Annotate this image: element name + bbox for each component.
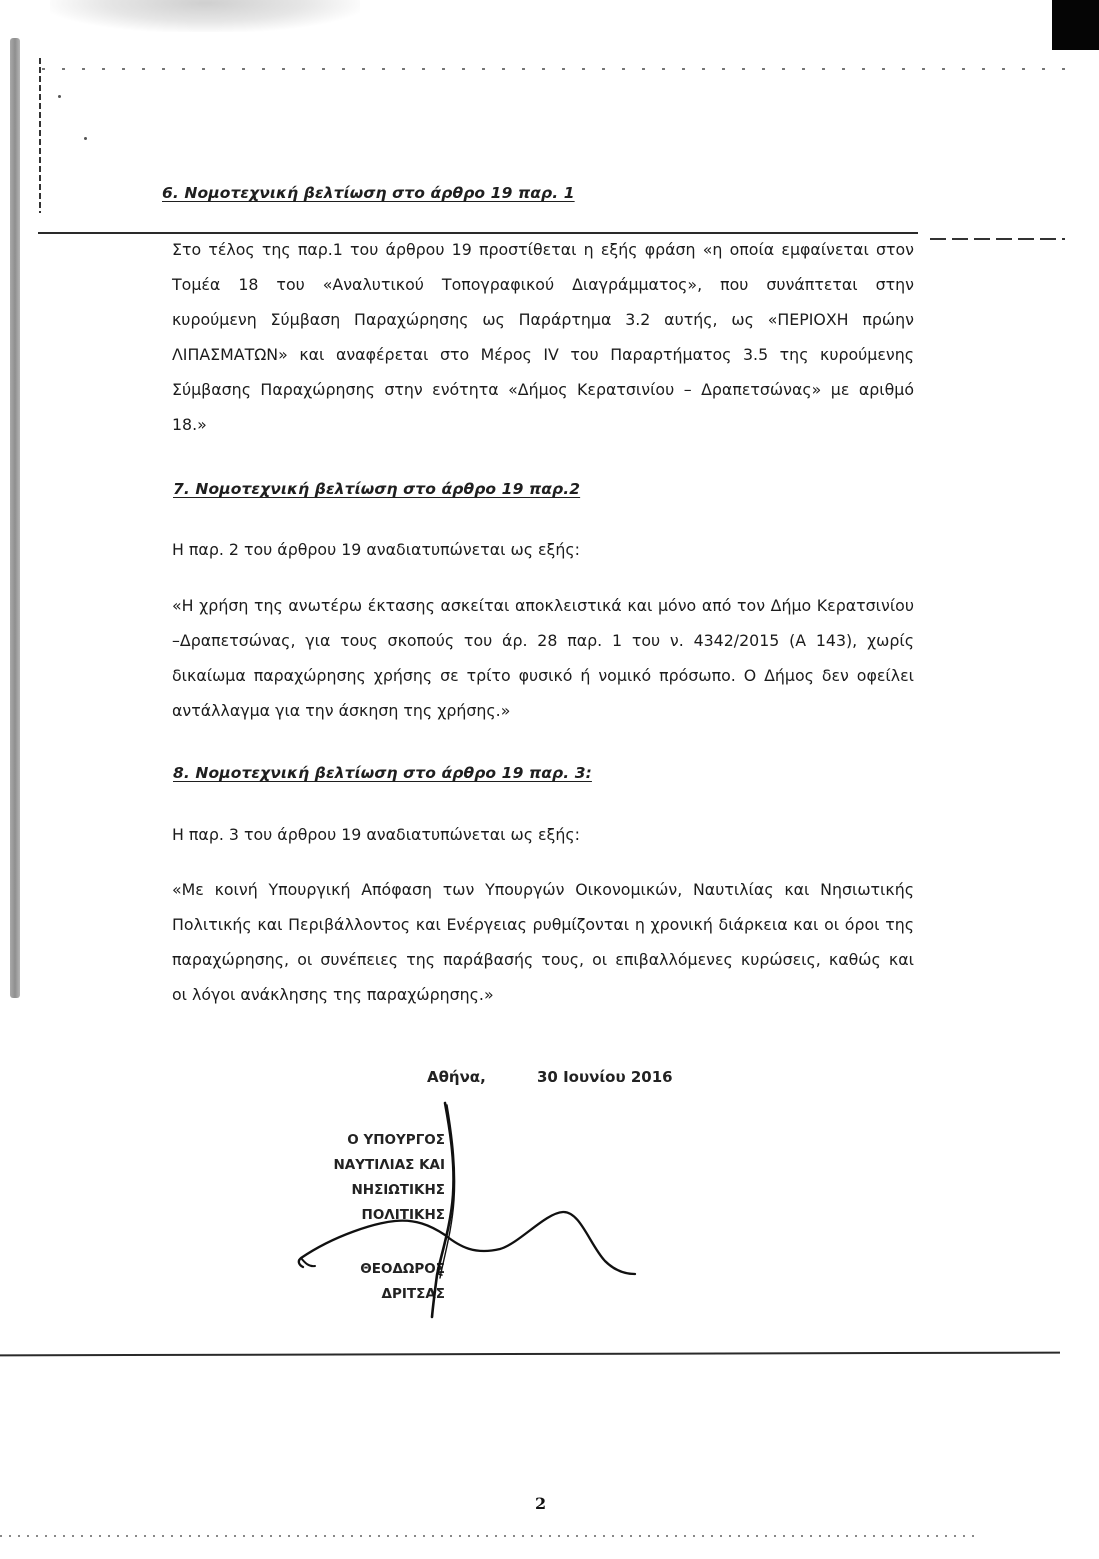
text-line: παραχώρησης, οι συνέπειες της παράβασής …: [172, 942, 914, 977]
text-line: Πολιτικής και Περιβάλλοντος και Ενέργεια…: [172, 907, 914, 942]
text-line: –Δραπετσώνας, για τους σκοπούς του άρ. 2…: [172, 623, 914, 658]
text-line: Στο τέλος της παρ.1 του άρθρου 19 προστί…: [172, 232, 914, 267]
page-number: 2: [535, 1494, 546, 1513]
scan-corner-artifact: [1052, 0, 1099, 50]
handwritten-signature: [295, 1095, 640, 1320]
scan-top-dotted-line: [42, 68, 1067, 70]
text-line: κυρούμενη Σύμβαση Παραχώρησης ως Παράρτη…: [172, 302, 914, 337]
section-7-quote: «Η χρήση της ανωτέρω έκτασης ασκείται απ…: [172, 588, 914, 728]
signature-date: 30 Ιουνίου 2016: [537, 1068, 673, 1086]
text-line: Τομέα 18 του «Αναλυτικού Τοπογραφικού Δι…: [172, 267, 914, 302]
scan-smudge: [50, 0, 360, 32]
scan-top-rule-dashed: [930, 238, 1065, 240]
text-line: «Με κοινή Υπουργική Απόφαση των Υπουργών…: [172, 872, 914, 907]
scan-dot: [84, 137, 87, 140]
text-line: Σύμβασης Παραχώρησης στην ενότητα «Δήμος…: [172, 372, 914, 407]
text-line: 18.»: [172, 407, 914, 442]
section-6-paragraph: Στο τέλος της παρ.1 του άρθρου 19 προστί…: [172, 232, 914, 442]
section-8-quote: «Με κοινή Υπουργική Απόφαση των Υπουργών…: [172, 872, 914, 1012]
scan-bottom-rule: [0, 1352, 1060, 1357]
section-7-intro: Η παρ. 2 του άρθρου 19 αναδιατυπώνεται ω…: [172, 540, 580, 559]
scan-bottom-dotted-line: [0, 1535, 975, 1537]
text-line: αντάλλαγμα για την άσκηση της χρήσης.»: [172, 693, 914, 728]
scan-left-margin-line: [39, 58, 41, 213]
text-line: «Η χρήση της ανωτέρω έκτασης ασκείται απ…: [172, 588, 914, 623]
section-8-heading: 8. Νομοτεχνική βελτίωση στο άρθρο 19 παρ…: [173, 764, 592, 782]
signature-place: Αθήνα,: [427, 1068, 486, 1086]
scan-left-edge-shadow: [10, 38, 20, 998]
text-line: ΛΙΠΑΣΜΑΤΩΝ» και αναφέρεται στο Μέρος IV …: [172, 337, 914, 372]
scan-dot: [58, 95, 61, 98]
section-7-heading: 7. Νομοτεχνική βελτίωση στο άρθρο 19 παρ…: [173, 480, 580, 498]
section-6-heading: 6. Νομοτεχνική βελτίωση στο άρθρο 19 παρ…: [162, 184, 575, 202]
text-line: οι λόγοι ανάκλησης της παραχώρησης.»: [172, 977, 914, 1012]
text-line: δικαίωμα παραχώρησης χρήσης σε τρίτο φυσ…: [172, 658, 914, 693]
section-8-intro: Η παρ. 3 του άρθρου 19 αναδιατυπώνεται ω…: [172, 825, 580, 844]
